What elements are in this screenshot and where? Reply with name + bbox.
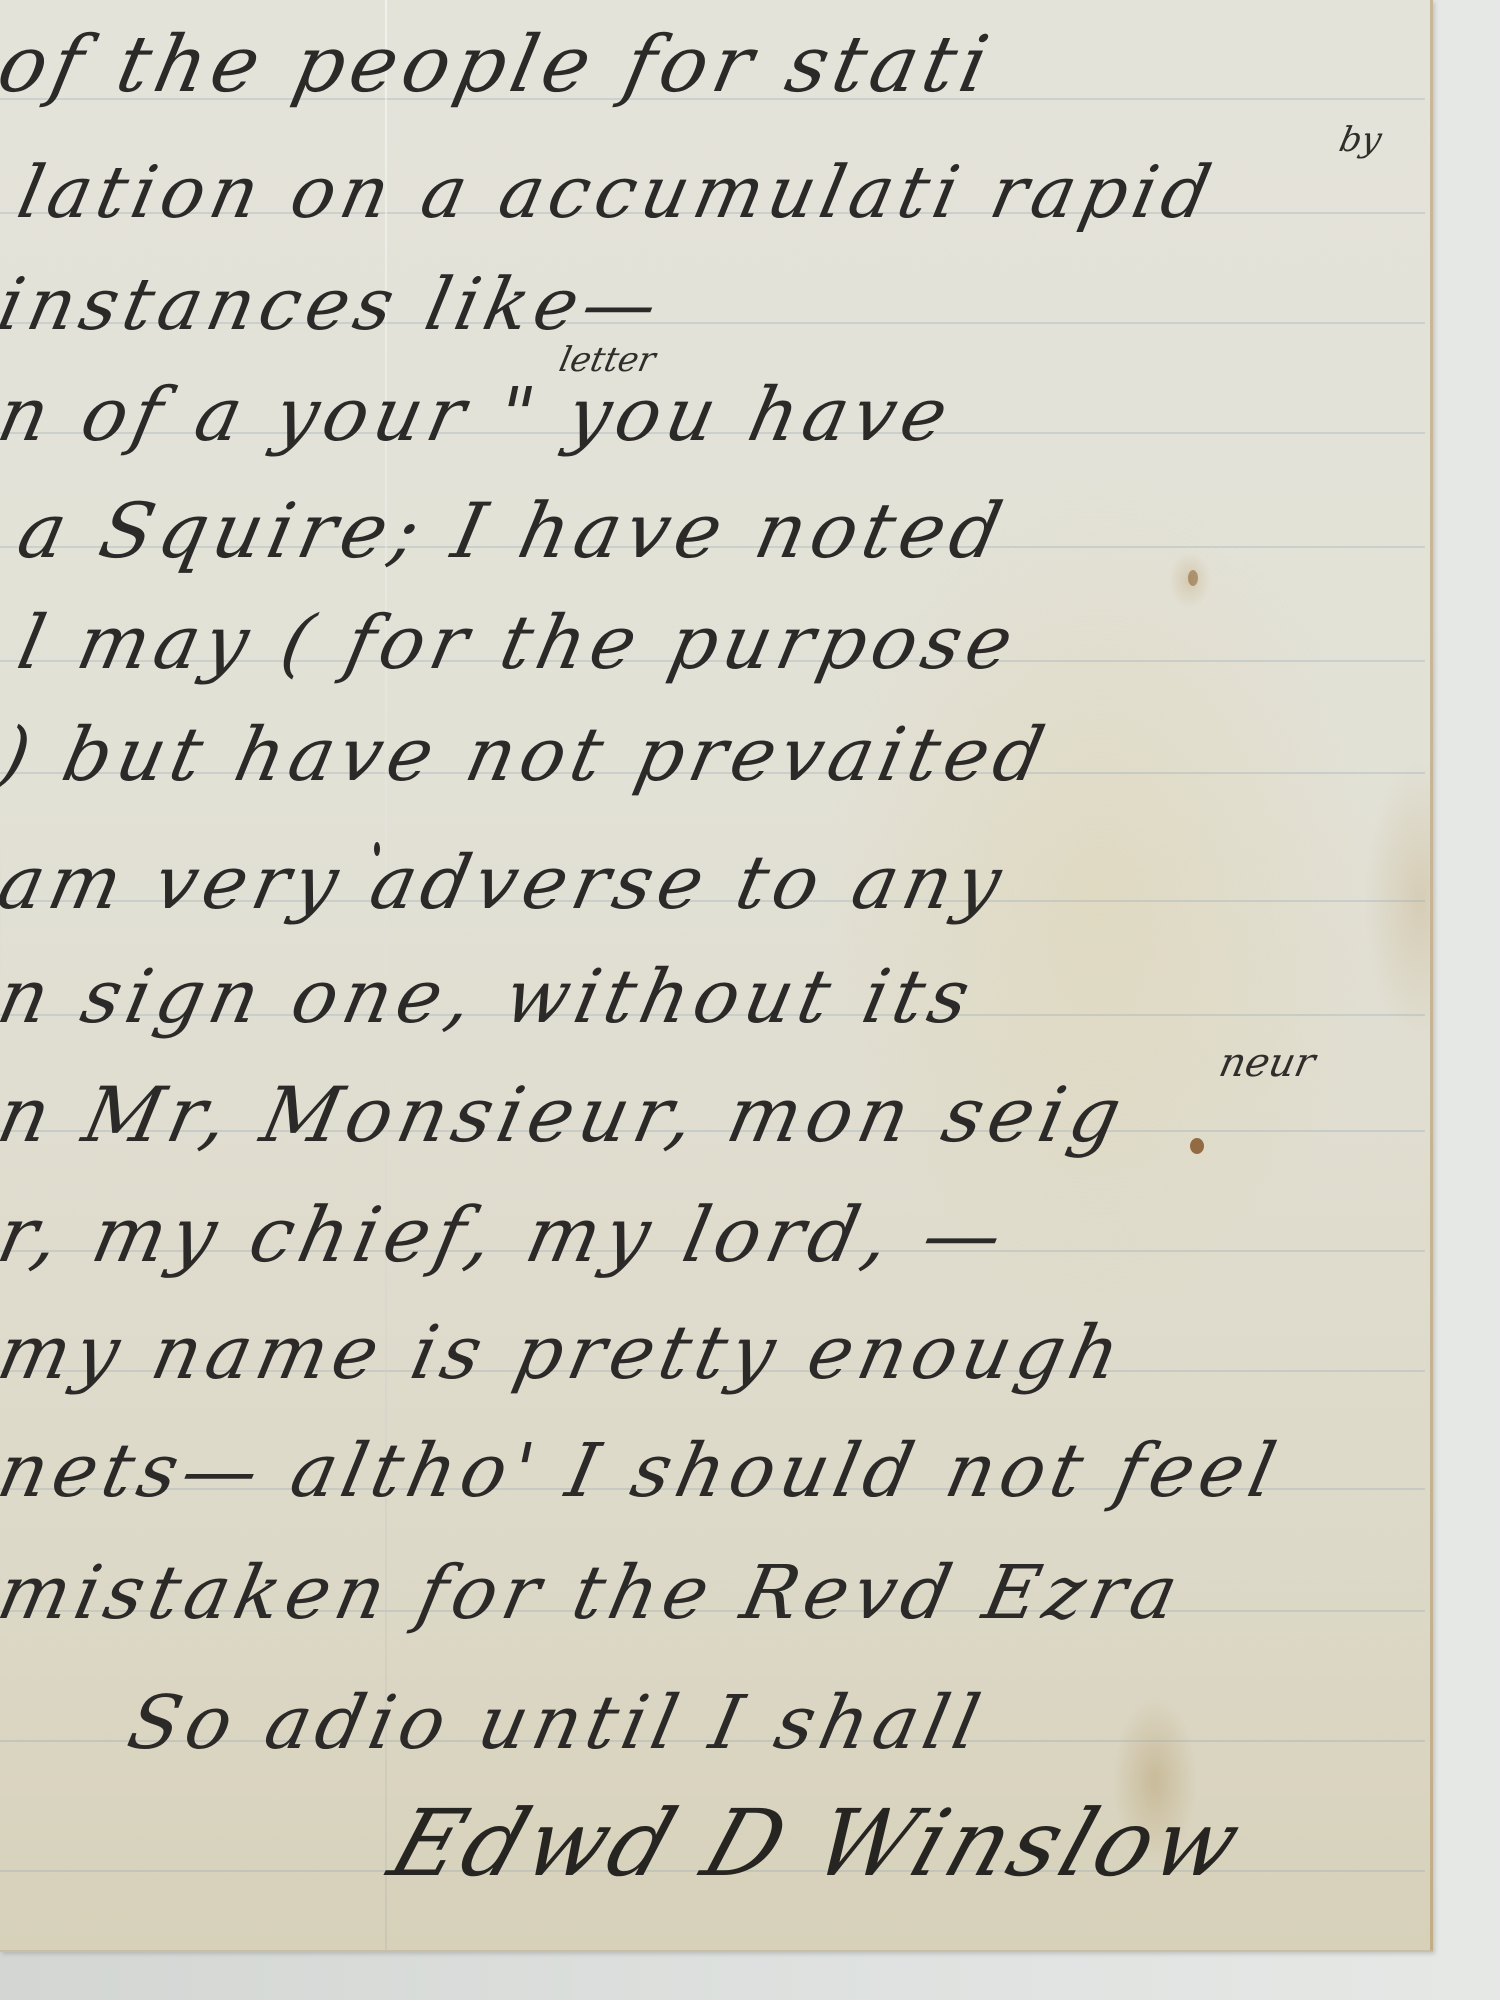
photo-scene: of the people for stati by lation on a a… bbox=[0, 0, 1500, 2000]
handwritten-line: ) but have not prevaited bbox=[0, 712, 1057, 798]
handwritten-line: my name is pretty enough bbox=[0, 1310, 1133, 1396]
handwritten-line: of the people for stati bbox=[0, 20, 1002, 110]
interlinear-insertion: neur bbox=[1215, 1040, 1319, 1086]
handwritten-line: r, my chief, my lord, — bbox=[0, 1190, 1016, 1279]
ink-blot bbox=[1190, 1138, 1204, 1154]
handwritten-line: l may ( for the purpose bbox=[11, 600, 1026, 686]
signature: Edwd D Winslow bbox=[378, 1790, 1257, 1897]
handwritten-line: n of a your " you have bbox=[0, 372, 961, 458]
interlinear-insertion: by bbox=[1336, 120, 1385, 160]
foxing-stain bbox=[1188, 570, 1198, 586]
handwritten-line: So adio until I shall bbox=[121, 1680, 993, 1766]
handwritten-line: mistaken for the Revd Ezra bbox=[0, 1550, 1191, 1636]
handwritten-line: instances like— bbox=[0, 262, 671, 346]
handwritten-line: a Squire; I have noted bbox=[11, 486, 1016, 575]
handwritten-line: n Mr, Monsieur, mon seig bbox=[0, 1070, 1135, 1159]
handwritten-line: lation on a accumulati rapid bbox=[11, 150, 1224, 234]
handwritten-line: nets— altho' I should not feel bbox=[0, 1428, 1289, 1514]
handwritten-line: am very adverse to any bbox=[0, 840, 1014, 926]
letter-page: of the people for stati by lation on a a… bbox=[0, 0, 1433, 1952]
handwritten-line: n sign one, without its bbox=[0, 954, 983, 1040]
